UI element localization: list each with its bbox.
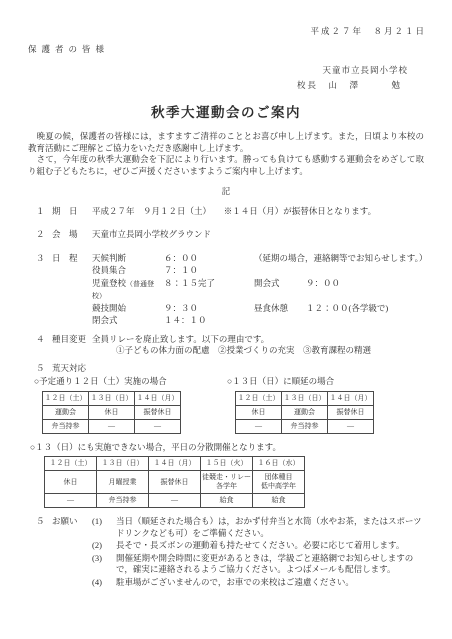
table-cell: 弁当持参 [97,494,149,508]
schedule-label: 競技開始 [92,303,164,316]
schedule-time: ６：００ [164,253,254,266]
schedule-row: 天候判断 ６：００ （延期の場合，連絡網等でお知らせします。） [92,253,426,266]
schedule-time: ９：３０ [164,303,254,316]
item-label: 会 場 [52,229,92,241]
table-header-cell: １２日（土） [43,391,89,405]
schedule-time: ９：００ [306,278,426,303]
table-cell: ― [135,419,181,433]
item-label: 期 日 [52,206,92,218]
table-cell: 給食 [201,494,253,508]
request-item: (3) 開催延期や開会時間に変更があるときは，学級ごと連絡網でお知らせしますので… [92,553,426,576]
item-text: 全員リレーを廃止致します。以下の理由です。 [92,334,426,346]
item-number: ５ [36,363,52,375]
document-title: 秋季大運動会のご案内 [26,105,426,121]
schedule-row: 競技開始 ９：３０ 昼食休憩 １２：００(各学級で) [92,303,426,316]
reasons-text: ①子どもの体力面の配慮 ②授業づくりの充実 ③教育課程の精選 [116,345,426,357]
table-cell: 休日 [89,405,135,419]
request-item: (4) 駐車場がございませんので，お車での来校はご遠慮ください。 [92,577,426,589]
item-text: 平成２７年 ９月１２日（土） ※１４日（月）が振替休日となります。 [92,206,426,218]
item-text: 天童市立長岡小学校グラウンド [92,229,426,241]
table-cell: ― [236,419,282,433]
request-item: (2) 長そで・長ズボンの運動着も持たせてください。必要に応じて着用します。 [92,540,426,552]
schedule-time: １２：００(各学級で) [306,303,426,316]
table-cell: 弁当持参 [282,419,328,433]
schedule-label: 役員集合 [92,265,164,278]
table-header-cell: １２日（土） [236,391,282,405]
request-number: (2) [92,540,116,552]
table-cell: 運動会 [282,405,328,419]
request-number: (3) [92,553,116,576]
schedule-time: ７：１０ [164,265,254,278]
salutation: 保護者の皆様 [28,44,426,56]
request-item: (1) 当日（順延された場合も）は，おかず付弁当と水筒（水やお茶，またはスポーツ… [92,516,426,539]
item-label: 荒天対応 [52,363,92,375]
table-header-cell: １３日（日） [282,391,328,405]
request-number: (4) [92,577,116,589]
table-cell: 休日 [45,471,97,494]
table-cell: ― [149,494,201,508]
schedule-label: 天候判断 [92,253,164,266]
schedule-row: 閉会式 １４：１０ [92,315,426,328]
schedule-label: 閉会式 [92,315,164,328]
table-cell: 団体種目低中高学年 [253,471,305,494]
table-cell: 振替休日 [328,405,374,419]
table-cell: ― [89,419,135,433]
scanned-letter-page: 平成２７年 ８月２１日 保護者の皆様 天童市立長岡小学校 校長 山 澤 勉 秋季… [0,0,452,639]
item-label: お願い [52,516,92,589]
request-text: 駐車場がございませんので，お車での来校はご遠慮ください。 [116,577,426,589]
weather-tables-row: ○予定通り１２日（土）実施の場合 １２日（土） １３日（日） １４日（月） 運動… [42,376,426,434]
table-caption: ○１３日（日）に順延の場合 [227,376,374,388]
sender-block: 天童市立長岡小学校 校長 山 澤 勉 [26,65,426,91]
item-requests: ５ お願い (1) 当日（順延された場合も）は，おかず付弁当と水筒（水やお茶，ま… [36,516,426,589]
table-header-cell: １４日（月） [135,391,181,405]
request-list: (1) 当日（順延された場合も）は，おかず付弁当と水筒（水やお茶，またはスポーツ… [92,516,426,589]
table-header-cell: １４日（月） [149,457,201,471]
table-header-cell: １５日（火） [201,457,253,471]
table-cell: ― [45,494,97,508]
item-number: ２ [36,229,52,241]
item-date: １ 期 日 平成２７年 ９月１２日（土） ※１４日（月）が振替休日となります。 [36,206,426,218]
table-header-cell: １３日（日） [97,457,149,471]
table-header-cell: １４日（月） [328,391,374,405]
item-number: １ [36,206,52,218]
table-caption: ○予定通り１２日（土）実施の場合 [34,376,181,388]
weather-table-weekday: ○１３（日）にも実施できない場合，平日の分散開催となります。 １２日（土） １３… [30,442,426,509]
table-caption: ○１３（日）にも実施できない場合，平日の分散開催となります。 [30,442,426,454]
schedule-label: 児童登校（普通登校） [92,278,164,303]
schedule-note: （延期の場合，連絡網等でお知らせします。） [254,253,426,266]
item-schedule: ３ 日 程 天候判断 ６：００ （延期の場合，連絡網等でお知らせします。） 役員… [36,253,426,328]
request-text: 長そで・長ズボンの運動着も持たせてください。必要に応じて着用します。 [116,540,426,552]
item-text-block: 全員リレーを廃止致します。以下の理由です。 ①子どもの体力面の配慮 ②授業づくり… [92,334,426,357]
schedule-block: 天候判断 ６：００ （延期の場合，連絡網等でお知らせします。） 役員集合 ７：１… [92,253,426,328]
table-split-weekdays: １２日（土） １３日（日） １４日（月） １５日（火） １６日（水） 休日 月曜… [44,456,305,508]
request-text: 開催延期や開会時間に変更があるときは，学級ごと連絡網でお知らせしますので，確実に… [116,553,426,576]
schedule-row: 役員集合 ７：１０ [92,265,426,278]
table-postponed-sunday: １２日（土） １３日（日） １４日（月） 休日 運動会 振替休日 ― 弁当持参 … [235,391,374,434]
table-header-cell: １３日（日） [89,391,135,405]
greeting-paragraph: 晩夏の候，保護者の皆様には，ますますご清祥のこととお喜び申し上げます。また，日頃… [28,131,424,154]
table-on-schedule: １２日（土） １３日（日） １４日（月） 運動会 休日 振替休日 弁当持参 ― … [42,391,181,434]
schedule-time: ８：１５完了 [164,278,254,303]
letter-date: 平成２７年 ８月２１日 [26,26,426,38]
item-label: 種目変更 [52,334,92,357]
table-header-cell: １６日（水） [253,457,305,471]
table-cell: 振替休日 [135,405,181,419]
schedule-row: 児童登校（普通登校） ８：１５完了 開会式 ９：００ [92,278,426,303]
school-name: 天童市立長岡小学校 [26,65,408,77]
table-cell: 徒競走・リレー各学年 [201,471,253,494]
item-venue: ２ 会 場 天童市立長岡小学校グラウンド [36,229,426,241]
weather-table-primary: ○予定通り１２日（土）実施の場合 １２日（土） １３日（日） １４日（月） 運動… [42,376,181,434]
table-cell: ― [328,419,374,433]
item-label: 日 程 [52,253,92,328]
closing-paragraph: さて，今年度の秋季大運動会を下記により行います。勝っても負けても感動する運動会を… [28,154,424,177]
table-cell: 給食 [253,494,305,508]
item-event-change: ４ 種目変更 全員リレーを廃止致します。以下の理由です。 ①子どもの体力面の配慮… [36,334,426,357]
item-number: ５ [36,516,52,589]
weather-table-postponed: ○１３日（日）に順延の場合 １２日（土） １３日（日） １４日（月） 休日 運動… [235,376,374,434]
table-cell: 振替休日 [149,471,201,494]
schedule-label: 昼食休憩 [254,303,306,316]
principal-name: 校長 山 澤 勉 [26,80,408,92]
item-number: ３ [36,253,52,328]
table-header-cell: １２日（土） [45,457,97,471]
request-text: 当日（順延された場合も）は，おかず付弁当と水筒（水やお茶，またはスポーツドリンク… [116,516,426,539]
table-cell: 月曜授業 [97,471,149,494]
request-number: (1) [92,516,116,539]
table-cell: 弁当持参 [43,419,89,433]
item-bad-weather: ５ 荒天対応 [36,363,426,375]
schedule-time: １４：１０ [164,315,254,328]
table-cell: 運動会 [43,405,89,419]
item-number: ４ [36,334,52,357]
table-cell: 休日 [236,405,282,419]
schedule-label: 開会式 [254,278,306,303]
record-mark: 記 [26,186,426,198]
